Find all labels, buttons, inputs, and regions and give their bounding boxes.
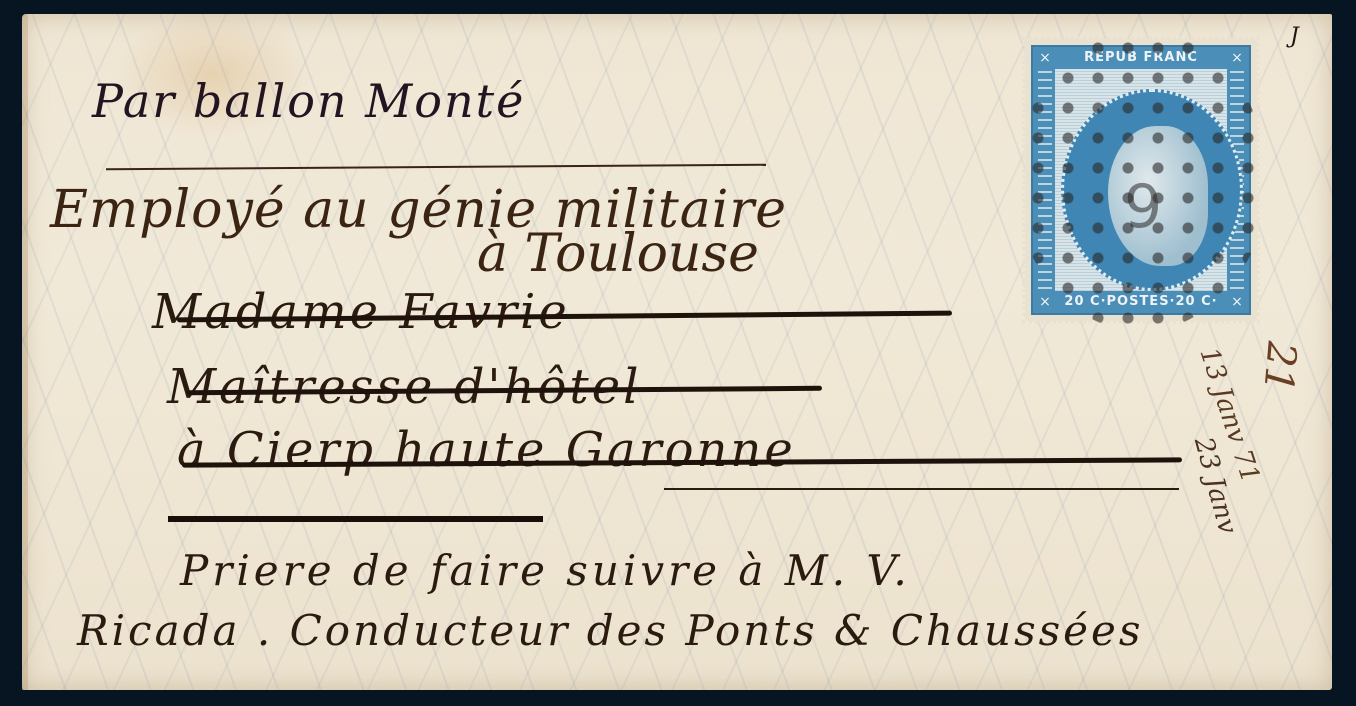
underline-thin: [664, 488, 1179, 490]
stamp-corner-cross-icon: ×: [1036, 293, 1054, 311]
address-city: à Toulouse: [477, 224, 759, 284]
stamp-corner-cross-icon: ×: [1228, 49, 1246, 67]
routing-line: Par ballon Monté: [92, 74, 525, 128]
underline-bar: [168, 516, 543, 522]
corner-mark: J: [1290, 24, 1299, 49]
side-number: 21: [1254, 340, 1304, 395]
forwarding-instruction: Priere de faire suivre à M. V.: [180, 546, 911, 595]
dotted-cancellation-mark: [1015, 29, 1267, 331]
stamp-corner-cross-icon: ×: [1036, 49, 1054, 67]
forwarding-recipient: Ricada . Conducteur des Ponts & Chaussée…: [77, 606, 1143, 655]
struck-address-name: Madame Favrie: [152, 284, 570, 340]
envelope-fold: [22, 14, 28, 690]
postage-stamp: REPUB FRANC 20 C·POSTES·20 C· × × × × 9: [1025, 39, 1257, 321]
struck-address-town: à Cierp haute Garonne: [177, 422, 796, 478]
envelope: Par ballon Monté Employé au génie milita…: [22, 14, 1332, 690]
stamp-corner-cross-icon: ×: [1228, 293, 1246, 311]
